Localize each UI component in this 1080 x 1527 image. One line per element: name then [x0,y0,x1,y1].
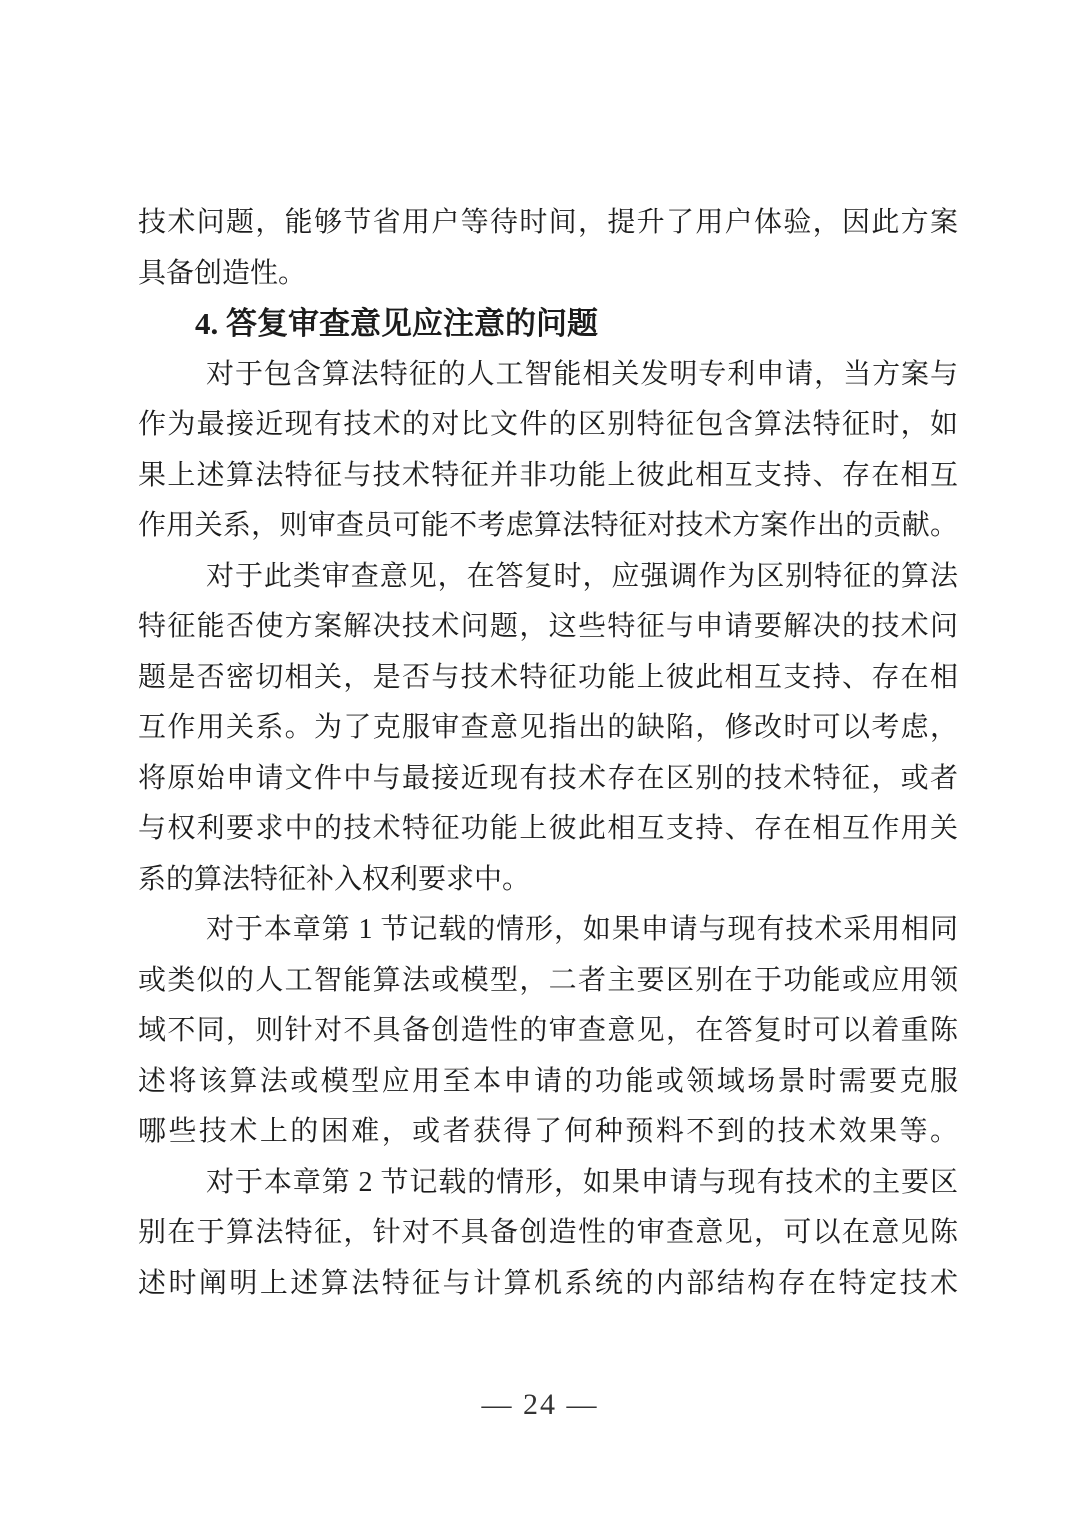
text-line: 作为最接近现有技术的对比文件的区别特征包含算法特征时，如 [138,400,958,451]
text-line: 将原始申请文件中与最接近现有技术存在区别的技术特征，或者 [138,754,958,805]
text-line: 对于包含算法特征的人工智能相关发明专利申请，当方案与 [138,350,958,401]
text-line: 与权利要求中的技术特征功能上彼此相互支持、存在相互作用关 [138,804,958,855]
text-line: 作用关系，则审查员可能不考虑算法特征对技术方案作出的贡献。 [138,501,958,552]
text-line: 特征能否使方案解决技术问题，这些特征与申请要解决的技术问 [138,602,958,653]
text-line: 对于此类审查意见，在答复时，应强调作为区别特征的算法 [138,552,958,603]
section-heading: 4. 答复审查意见应注意的问题 [138,299,958,350]
text-line: 具备创造性。 [138,249,958,300]
text-line: 域不同，则针对不具备创造性的审查意见，在答复时可以着重陈 [138,1006,958,1057]
text-line: 或类似的人工智能算法或模型，二者主要区别在于功能或应用领 [138,956,958,1007]
text-content: 技术问题，能够节省用户等待时间，提升了用户体验，因此方案具备创造性。4. 答复审… [138,198,958,1309]
text-line: 果上述算法特征与技术特征并非功能上彼此相互支持、存在相互 [138,451,958,502]
document-page: 技术问题，能够节省用户等待时间，提升了用户体验，因此方案具备创造性。4. 答复审… [0,0,1080,1527]
text-line: 别在于算法特征，针对不具备创造性的审查意见，可以在意见陈 [138,1208,958,1259]
text-line: 系的算法特征补入权利要求中。 [138,855,958,906]
text-line: 述时阐明上述算法特征与计算机系统的内部结构存在特定技术 [138,1259,958,1310]
text-line: 哪些技术上的困难，或者获得了何种预料不到的技术效果等。 [138,1107,958,1158]
text-line: 对于本章第 1 节记载的情形，如果申请与现有技术采用相同 [138,905,958,956]
page-number: — 24 — [0,1388,1080,1422]
text-line: 述将该算法或模型应用至本申请的功能或领域场景时需要克服 [138,1057,958,1108]
text-line: 技术问题，能够节省用户等待时间，提升了用户体验，因此方案 [138,198,958,249]
text-line: 题是否密切相关，是否与技术特征功能上彼此相互支持、存在相 [138,653,958,704]
text-line: 对于本章第 2 节记载的情形，如果申请与现有技术的主要区 [138,1158,958,1209]
text-line: 互作用关系。为了克服审查意见指出的缺陷，修改时可以考虑， [138,703,958,754]
